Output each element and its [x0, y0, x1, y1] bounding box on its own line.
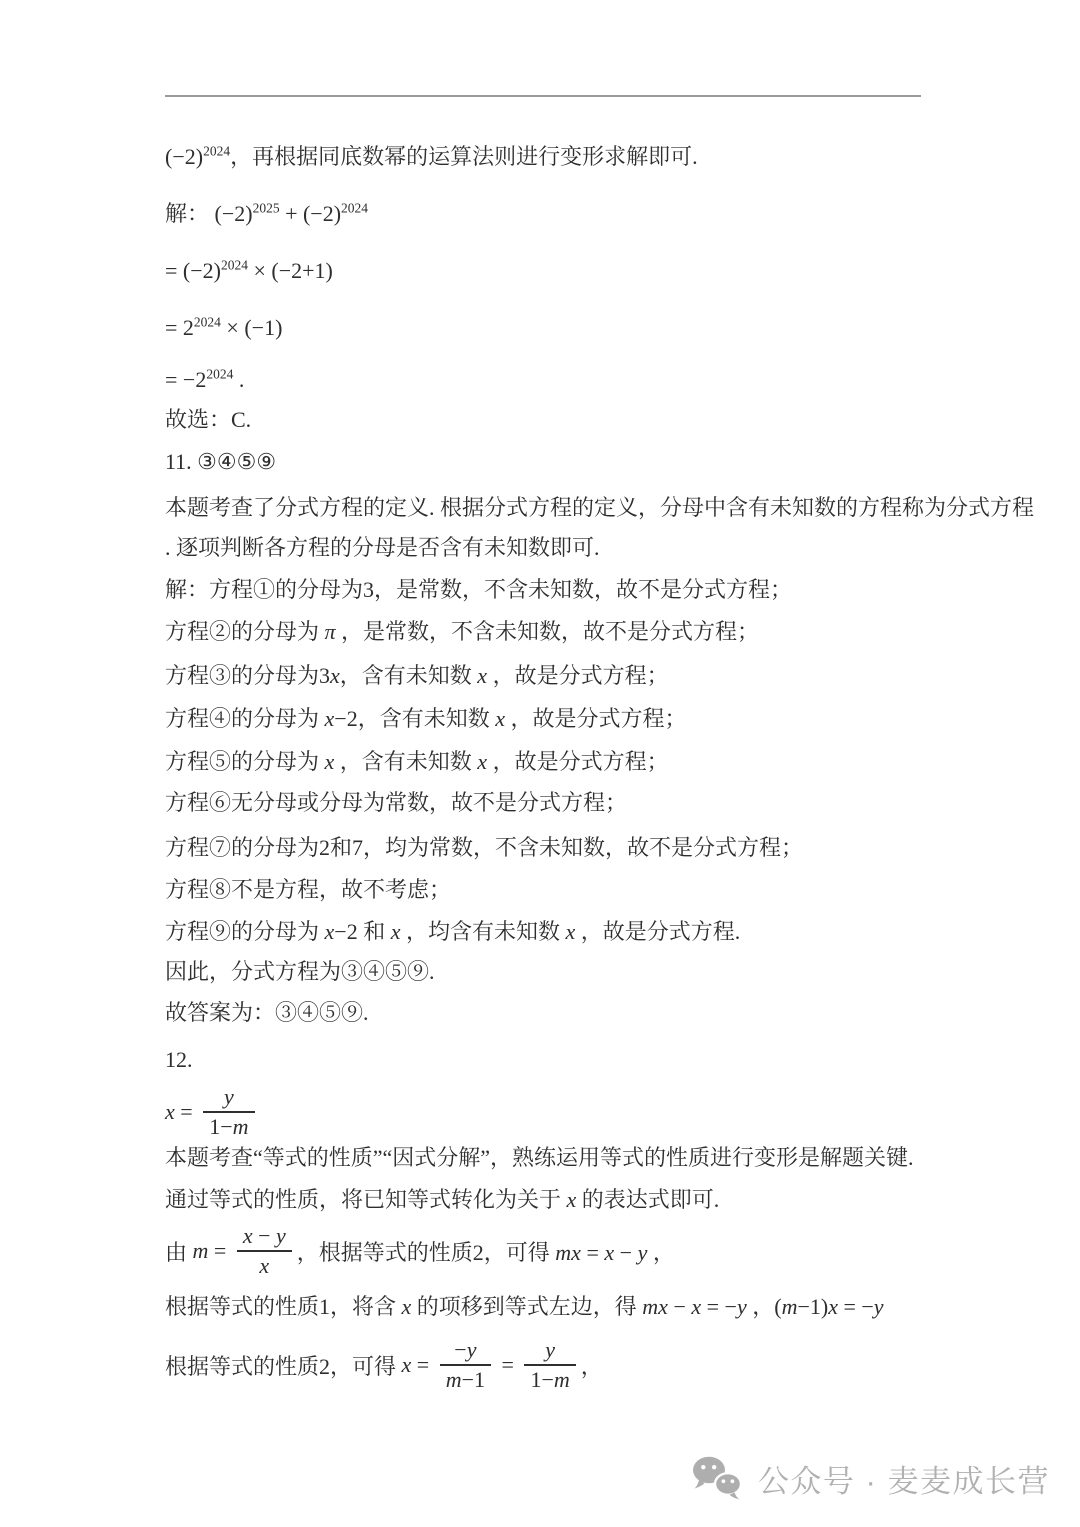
wechat-icon [691, 1455, 745, 1501]
solution-step-line: 方程⑧不是方程，故不考虑； [165, 875, 451, 905]
step-text: ，根据等式的性质2，可得 mx = x − y ， [297, 1236, 675, 1267]
solution-step-line: 方程⑥无分母或分母为常数，故不是分式方程； [165, 788, 627, 818]
fraction: x − y x [237, 1223, 292, 1279]
q12-step-line: 根据等式的性质1，将含 x 的项移到等式左边，得 mx − x = −y ，(m… [165, 1292, 884, 1322]
top-divider [165, 95, 921, 97]
fraction-denominator: 1−m [524, 1366, 575, 1393]
equation-lhs: x = [402, 1352, 435, 1378]
watermark-text: 公众号 · 麦麦成长营 [758, 1456, 1050, 1501]
q10-intro-line: (−2)2024，再根据同底数幂的运算法则进行变形求解即可. [165, 142, 698, 172]
fraction-denominator: m−1 [440, 1366, 491, 1393]
solution-step-line: 方程⑦的分母为2和7，均为常数，不含未知数，故不是分式方程； [165, 833, 803, 863]
q11-analysis-line: 本题考查了分式方程的定义. 根据分式方程的定义，分母中含有未知数的方程称为分式方… [165, 493, 1034, 523]
step-text: ， [581, 1350, 603, 1381]
fraction-numerator: y [539, 1337, 561, 1364]
equals-sign: = [496, 1352, 519, 1378]
q12-analysis-line: 通过等式的性质，将已知等式转化为关于 x 的表达式即可. [165, 1185, 719, 1215]
step-text: 由 [165, 1236, 193, 1267]
document-page: (−2)2024，再根据同底数幂的运算法则进行变形求解即可. 解： (−2)20… [0, 0, 1080, 1527]
fraction-numerator: y [218, 1084, 240, 1111]
fraction-numerator: x − y [237, 1223, 292, 1250]
fraction: −y m−1 [440, 1337, 491, 1393]
q10-step-line: = (−2)2024 × (−2+1) [165, 256, 333, 286]
q11-analysis-line: . 逐项判断各方程的分母是否含有未知数即可. [165, 533, 600, 563]
solution-step-line: 方程⑨的分母为 x−2 和 x ，均含有未知数 x ，故是分式方程. [165, 917, 740, 947]
q11-answer-line: 故答案为：③④⑤⑨. [165, 998, 369, 1028]
q10-solution-line: 解： (−2)2025 + (−2)2024 [165, 199, 368, 229]
q10-answer-line: 故选：C. [165, 405, 251, 435]
fraction-denominator: 1−m [203, 1113, 254, 1140]
q12-result-equation: x = y 1−m [165, 1081, 260, 1143]
solution-step-line: 解：方程①的分母为3，是常数，不含未知数，故不是分式方程； [165, 575, 792, 605]
q11-heading: 11. ③④⑤⑨ [165, 447, 276, 477]
q10-step-line: = 22024 × (−1) [165, 313, 282, 343]
q12-step-line: 根据等式的性质2，可得 x = −y m−1 = y 1−m ， [165, 1334, 603, 1396]
q12-analysis-line: 本题考查“等式的性质”“因式分解”，熟练运用等式的性质进行变形是解题关键. [165, 1143, 914, 1173]
solution-step-line: 方程④的分母为 x−2，含有未知数 x ，故是分式方程； [165, 704, 686, 734]
q12-heading: 12. [165, 1045, 193, 1075]
step-text: 根据等式的性质2，可得 [165, 1350, 402, 1381]
watermark: 公众号 · 麦麦成长营 [691, 1452, 1050, 1504]
equation-lhs: m = [193, 1238, 232, 1264]
solution-step-line: 方程⑤的分母为 x ，含有未知数 x ，故是分式方程； [165, 747, 669, 777]
fraction-denominator: x [253, 1252, 275, 1279]
solution-step-line: 方程③的分母为3x，含有未知数 x ，故是分式方程； [165, 661, 669, 691]
fraction: y 1−m [524, 1337, 575, 1393]
equation-lhs: x = [165, 1099, 198, 1125]
q10-step-line: = −22024 . [165, 365, 244, 395]
solution-step-line: 方程②的分母为 π ，是常数，不含未知数，故不是分式方程； [165, 617, 759, 647]
fraction-numerator: −y [448, 1337, 482, 1364]
q11-conclusion-line: 因此，分式方程为③④⑤⑨. [165, 957, 435, 987]
fraction: y 1−m [203, 1084, 254, 1140]
q12-step-line: 由 m = x − y x ，根据等式的性质2，可得 mx = x − y ， [165, 1220, 675, 1282]
